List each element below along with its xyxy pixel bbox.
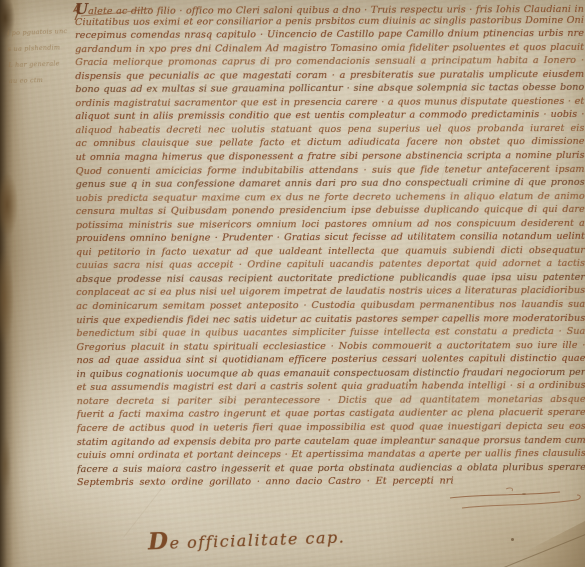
- margin-annotation: i po pguatois uncs ua plshendimL har gen…: [7, 23, 75, 89]
- manuscript-line: in quibus cognationis uocumque ab quas e…: [77, 366, 585, 382]
- margin-note-line: au eo ctm: [9, 71, 76, 89]
- manuscript-line: Septembris sexto ordine gorillato · anno…: [77, 475, 454, 490]
- manuscript-line: facere a suis maiora castro ingesserit e…: [77, 460, 585, 476]
- manuscript-line: absque prodesse nisi causas recipient au…: [76, 271, 585, 287]
- manuscript-page: i po pguatois uncs ua plshendimL har gen…: [0, 0, 585, 567]
- docket-signature: De officialitate cap.: [148, 522, 346, 556]
- margin-note-line: i po pguatois unc: [7, 23, 74, 41]
- ink-speck: [511, 538, 514, 541]
- manuscript-text-block: Ualete ac dilto filio · offico mo Cleri …: [75, 0, 585, 490]
- manuscript-line: bono quas ad ex multas si sue grauamina …: [75, 81, 584, 97]
- end-flourish-icon: [448, 486, 585, 516]
- page-corner-fold: [495, 521, 585, 567]
- manuscript-line: genus sue q in sua confessione damaret a…: [76, 176, 585, 192]
